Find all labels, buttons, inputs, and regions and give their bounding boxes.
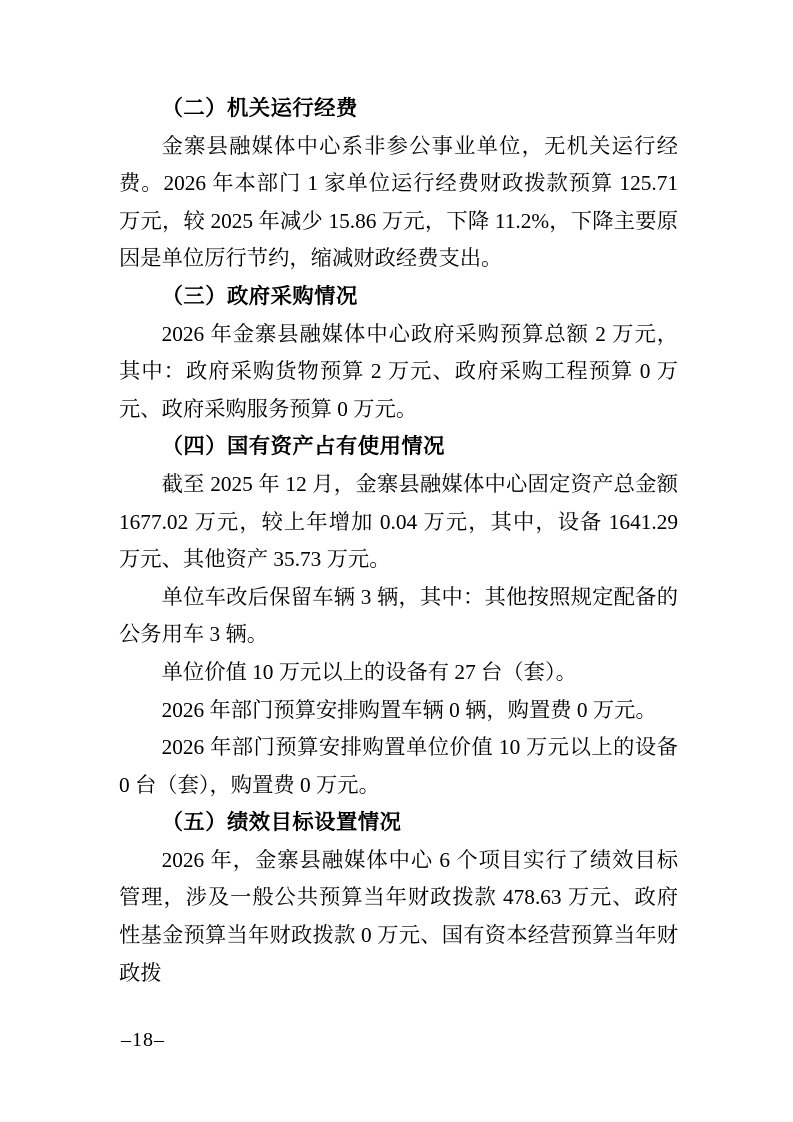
- section-heading: （三）政府采购情况: [119, 278, 678, 316]
- document-body: （二）机关运行经费 金寨县融媒体中心系非参公事业单位，无机关运行经费。2026 …: [119, 90, 678, 992]
- document-page: （二）机关运行经费 金寨县融媒体中心系非参公事业单位，无机关运行经费。2026 …: [0, 0, 793, 1122]
- page-number: –18–: [121, 1026, 165, 1054]
- section-agency-operating-expenses: （二）机关运行经费 金寨县融媒体中心系非参公事业单位，无机关运行经费。2026 …: [119, 90, 678, 278]
- section-government-procurement: （三）政府采购情况 2026 年金寨县融媒体中心政府采购预算总额 2 万元，其中…: [119, 278, 678, 428]
- section-heading: （四）国有资产占有使用情况: [119, 428, 678, 466]
- section-heading: （二）机关运行经费: [119, 90, 678, 128]
- paragraph: 单位价值 10 万元以上的设备有 27 台（套）。: [119, 654, 678, 692]
- paragraph: 2026 年部门预算安排购置单位价值 10 万元以上的设备 0 台（套），购置费…: [119, 729, 678, 804]
- paragraph: 2026 年金寨县融媒体中心政府采购预算总额 2 万元，其中：政府采购货物预算 …: [119, 316, 678, 429]
- section-state-owned-assets: （四）国有资产占有使用情况 截至 2025 年 12 月，金寨县融媒体中心固定资…: [119, 428, 678, 804]
- paragraph: 2026 年部门预算安排购置车辆 0 辆，购置费 0 万元。: [119, 692, 678, 730]
- paragraph: 截至 2025 年 12 月，金寨县融媒体中心固定资产总金额 1677.02 万…: [119, 466, 678, 579]
- paragraph: 2026 年，金寨县融媒体中心 6 个项目实行了绩效目标管理，涉及一般公共预算当…: [119, 842, 678, 992]
- section-performance-targets: （五）绩效目标设置情况 2026 年，金寨县融媒体中心 6 个项目实行了绩效目标…: [119, 804, 678, 992]
- paragraph: 单位车改后保留车辆 3 辆，其中：其他按照规定配备的公务用车 3 辆。: [119, 579, 678, 654]
- paragraph: 金寨县融媒体中心系非参公事业单位，无机关运行经费。2026 年本部门 1 家单位…: [119, 128, 678, 278]
- section-heading: （五）绩效目标设置情况: [119, 804, 678, 842]
